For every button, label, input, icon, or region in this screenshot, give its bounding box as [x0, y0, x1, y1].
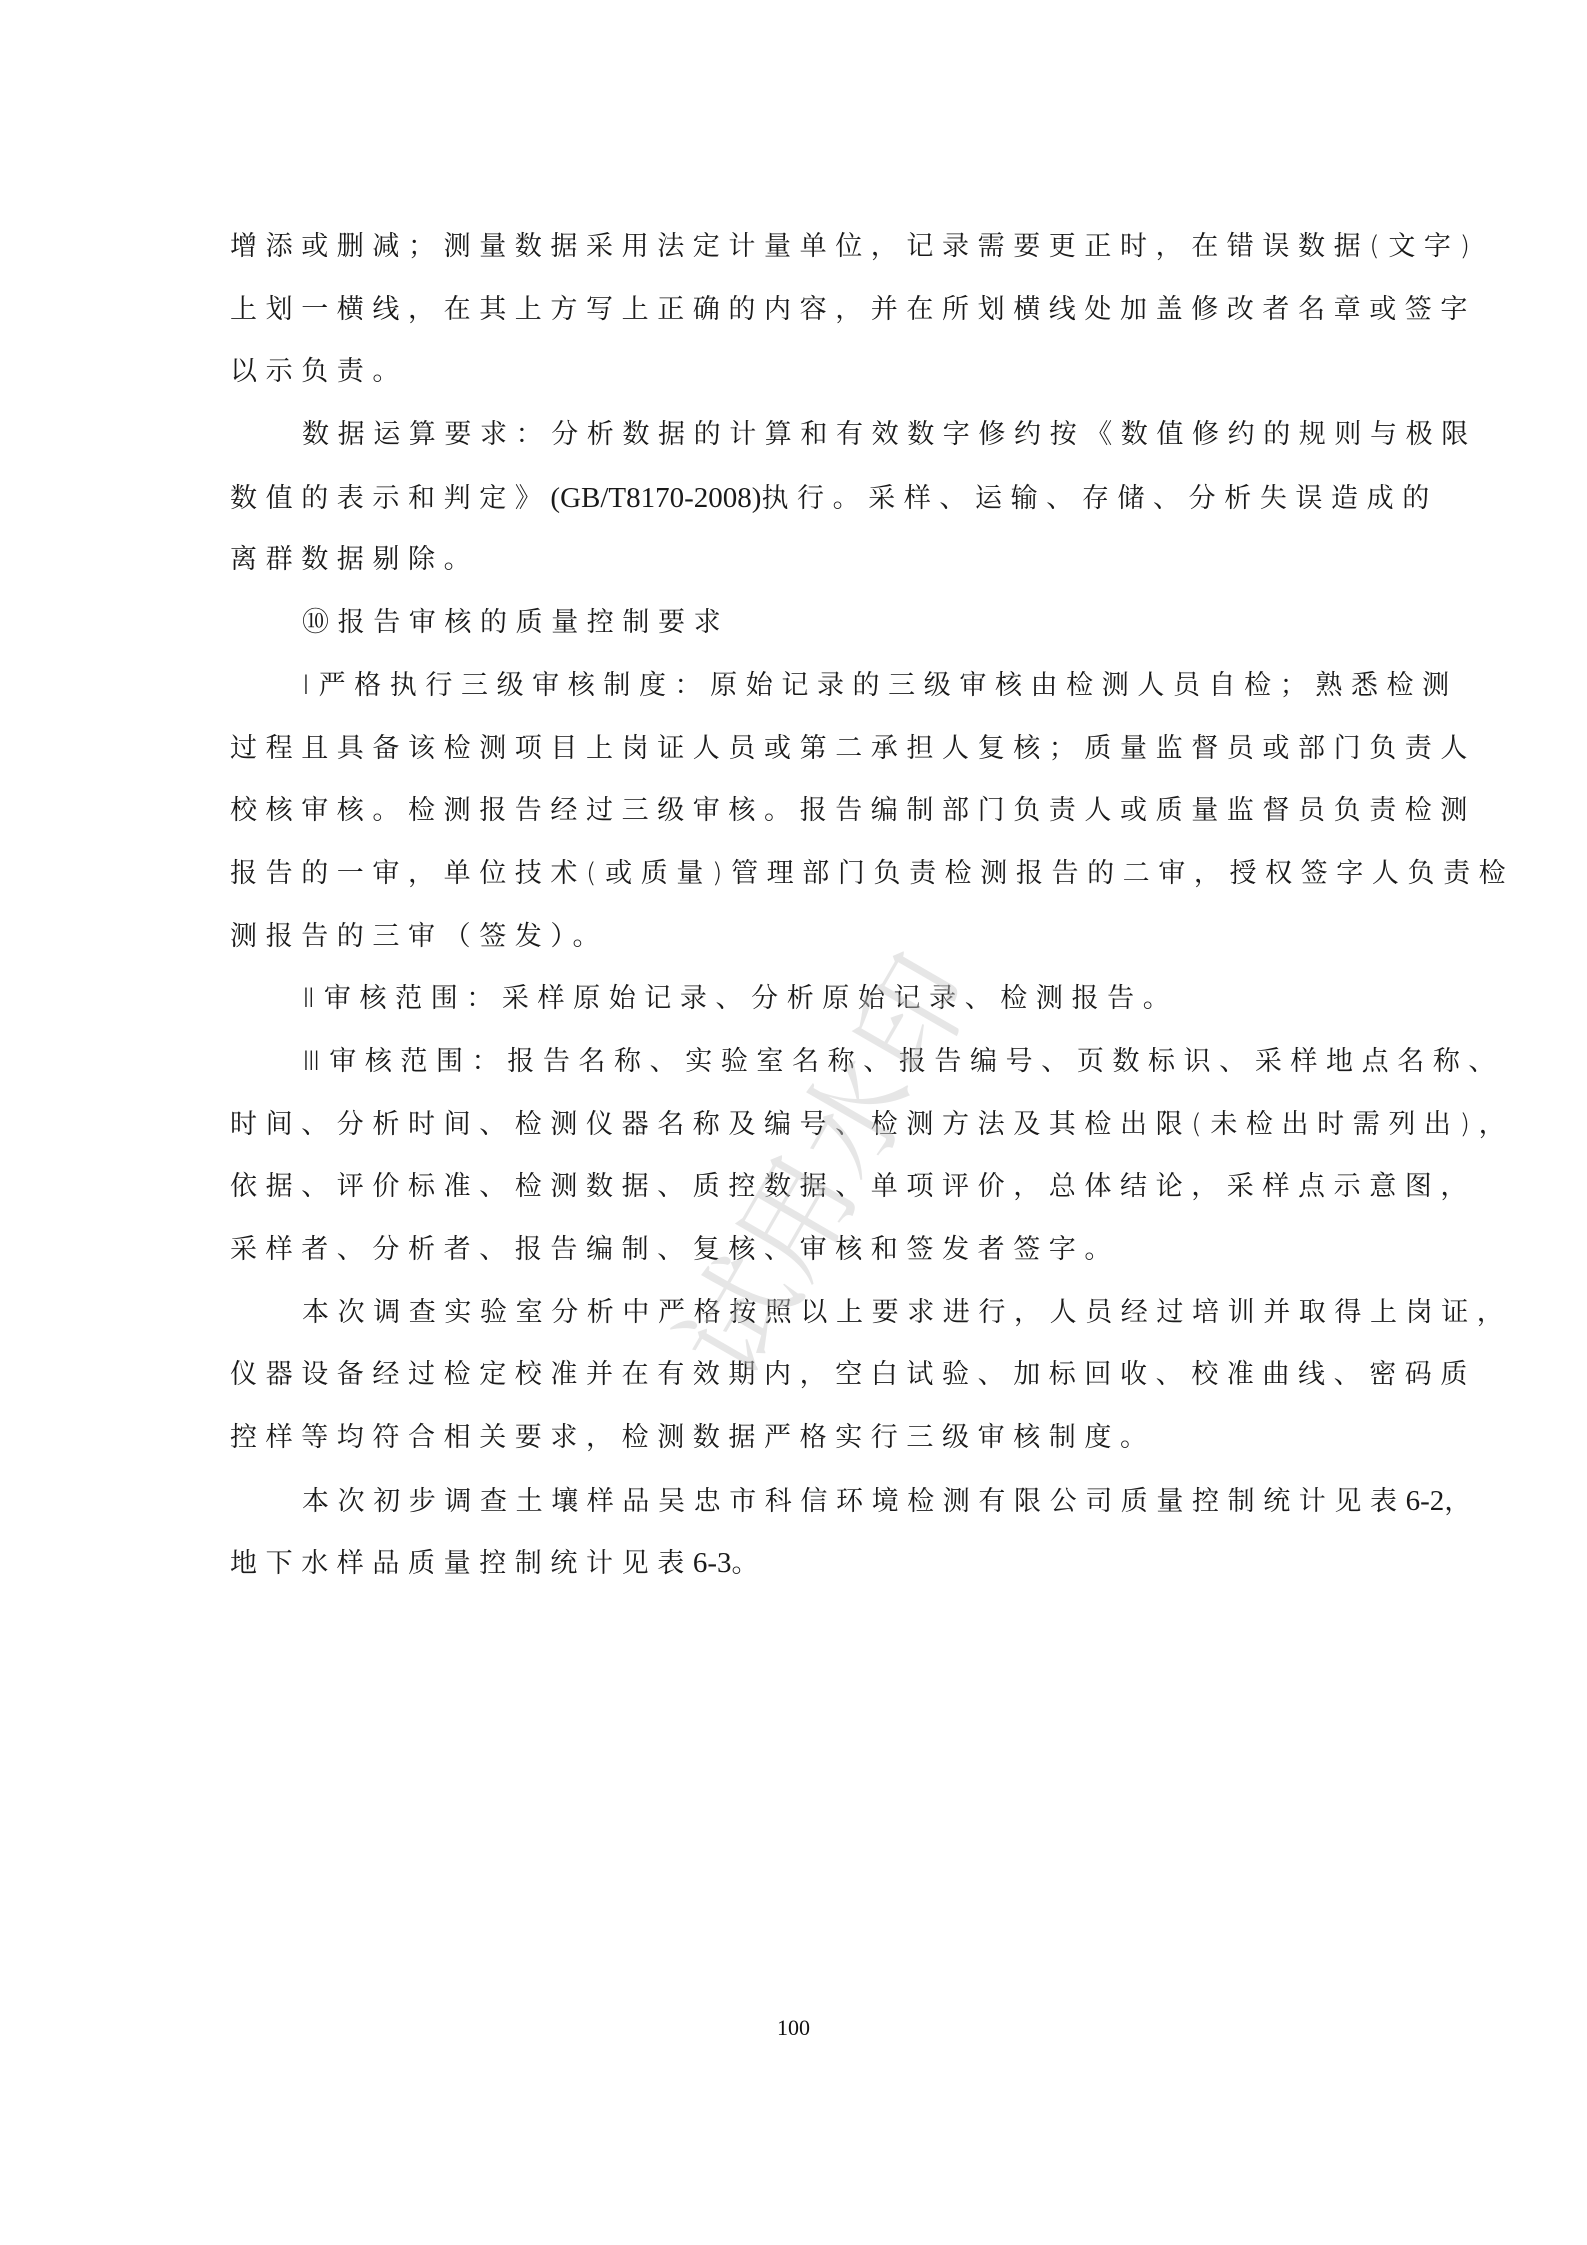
text-line: 数值的表示和判定》(GB/T8170-2008)执行。采样、运输、存储、分析失误… [230, 467, 1350, 530]
text-line: 校核审核。检测报告经过三级审核。报告编制部门负责人或质量监督员负责检测 [230, 780, 1350, 843]
text-line: 测报告的三审（签发）。 [230, 906, 1350, 969]
text-line-review-item-3: Ⅲ审核范围：报告名称、实验室名称、报告编号、页数标识、采样地点名称、 [230, 1031, 1350, 1094]
text-line-review-item-1: Ⅰ严格执行三级审核制度：原始记录的三级审核由检测人员自检；熟悉检测 [230, 655, 1350, 718]
text-segment: 数值的表示和判定》 [230, 483, 550, 514]
text-segment: 本次初步调查土壤样品吴忠市科信环境检测有限公司质量控制统计见表 [302, 1486, 1406, 1517]
text-line: 仪器设备经过检定校准并在有效期内，空白试验、加标回收、校准曲线、密码质 [230, 1344, 1350, 1407]
text-segment: 地下水样品质量控制统计见表 [230, 1548, 693, 1579]
standard-code: (GB/T8170-2008) [550, 482, 761, 514]
text-line: 过程且具备该检测项目上岗证人员或第二承担人复核；质量监督员或部门负责人 [230, 718, 1350, 781]
text-line-table-reference: 本次初步调查土壤样品吴忠市科信环境检测有限公司质量控制统计见表6-2， [230, 1470, 1350, 1533]
text-segment: 执行。采样、运输、存储、分析失误造成的 [761, 483, 1437, 514]
text-line: 控样等均符合相关要求，检测数据严格实行三级审核制度。 [230, 1407, 1350, 1470]
text-line: 地下水样品质量控制统计见表6-3。 [230, 1532, 1350, 1595]
text-line: 上划一横线，在其上方写上正确的内容，并在所划横线处加盖修改者名章或签字 [230, 279, 1350, 342]
page-number: 100 [0, 2015, 1587, 2041]
text-line: 时间、分析时间、检测仪器名称及编号、检测方法及其检出限(未检出时需列出)， [230, 1094, 1350, 1157]
text-line: 采样者、分析者、报告编制、复核、审核和签发者签字。 [230, 1219, 1350, 1282]
text-segment: ， [1444, 1486, 1480, 1517]
text-line: 依据、评价标准、检测数据、质控数据、单项评价，总体结论，采样点示意图， [230, 1156, 1350, 1219]
text-line: 离群数据剔除。 [230, 529, 1350, 592]
table-ref-6-3: 6-3 [693, 1547, 732, 1579]
text-line: 以示负责。 [230, 341, 1350, 404]
table-ref-6-2: 6-2 [1406, 1485, 1445, 1517]
body-text: 增添或删减；测量数据采用法定计量单位，记录需要更正时，在错误数据(文字) 上划一… [230, 216, 1350, 1595]
text-line: 增添或删减；测量数据采用法定计量单位，记录需要更正时，在错误数据(文字) [230, 216, 1350, 279]
text-line-lab-summary: 本次调查实验室分析中严格按照以上要求进行，人员经过培训并取得上岗证， [230, 1282, 1350, 1345]
section-heading-report-review: ⑩报告审核的质量控制要求 [230, 592, 1350, 655]
text-line-data-calc-requirements: 数据运算要求：分析数据的计算和有效数字修约按《数值修约的规则与极限 [230, 404, 1350, 467]
text-line-review-item-2: Ⅱ审核范围：采样原始记录、分析原始记录、检测报告。 [230, 968, 1350, 1031]
text-line: 报告的一审，单位技术(或质量)管理部门负责检测报告的二审，授权签字人负责检 [230, 843, 1350, 906]
document-page: 增添或删减；测量数据采用法定计量单位，记录需要更正时，在错误数据(文字) 上划一… [0, 0, 1587, 2245]
text-segment: 。 [731, 1548, 767, 1579]
